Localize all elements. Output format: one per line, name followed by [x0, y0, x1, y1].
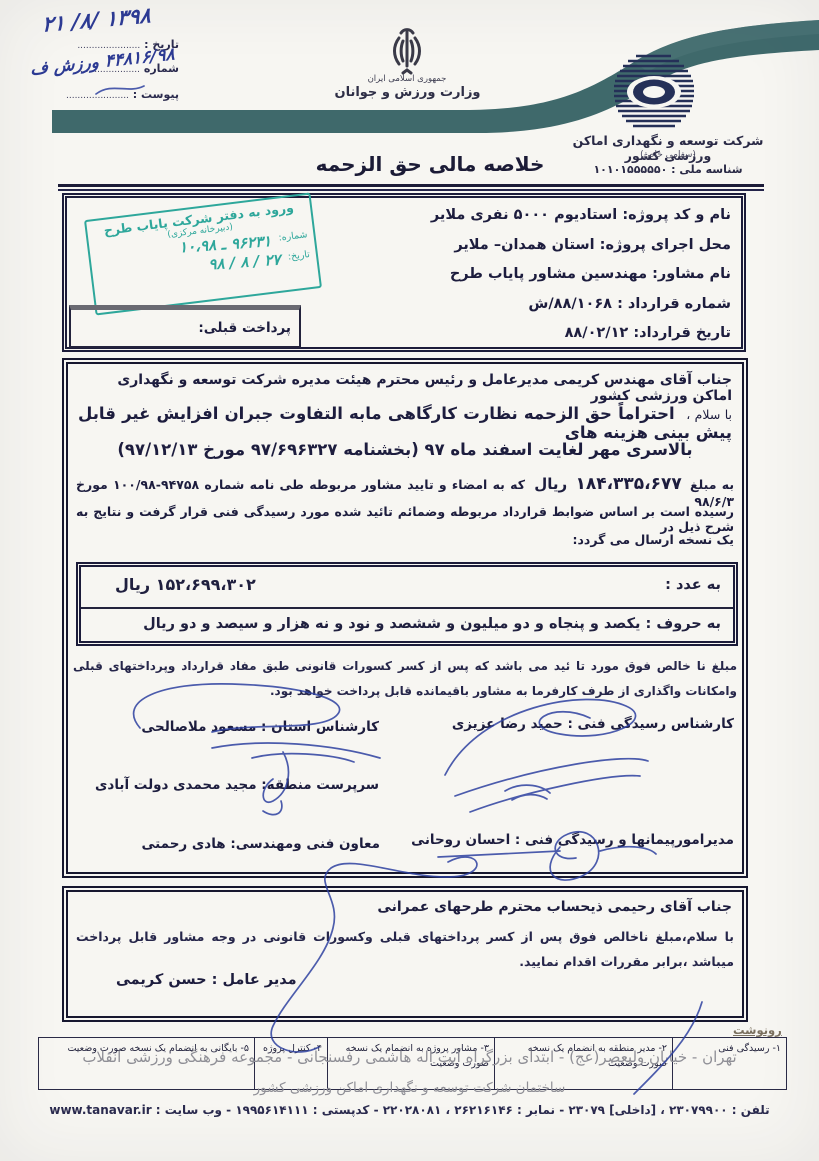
- letter-body-line-2: رسیده است بر اساس ضوابط قرارداد مربوطه و…: [76, 504, 734, 534]
- amount-words-row: به حروف : یکصد و پنجاه و دو میلیون و ششص…: [81, 609, 733, 645]
- signature-contracts-manager: مدیرامورپیمانها و رسیدگی فنی : احسان روح…: [411, 832, 734, 848]
- document-title: خلاصه مالی حق الزحمه: [280, 152, 580, 176]
- scanned-document-page: جمهوری اسلامی ایران وزارت ورزش و جوانان …: [0, 0, 819, 1161]
- amount-in-words: به حروف : یکصد و پنجاه و دو میلیون و ششص…: [143, 616, 721, 632]
- stamp-date-label: تاریخ:: [287, 249, 310, 263]
- consultant-name-row: نام مشاور: مهندسین مشاور پایاب طرح: [431, 260, 731, 290]
- salutation: با سلام ،: [686, 407, 732, 422]
- address-line-2: ساختمان شرکت توسعه و نگهداری اماکن ورزشی…: [0, 1080, 819, 1096]
- title-divider: [58, 184, 764, 191]
- stamp-number-label: شماره:: [278, 229, 308, 243]
- project-name-row: نام و کد پروژه: استادیوم ۵۰۰۰ نفری ملایر: [431, 201, 731, 231]
- emblem-country-caption: جمهوری اسلامی ایران: [347, 74, 467, 84]
- ceo-signature-line: مدیر عامل : حسن کریمی: [116, 972, 297, 988]
- previous-payment-label: پرداخت قبلی:: [198, 320, 291, 336]
- amount-numeric-row: به عدد : ۱۵۲،۶۹۹،۳۰۲ ریال: [81, 567, 733, 609]
- approved-amount-box: به عدد : ۱۵۲،۶۹۹،۳۰۲ ریال به حروف : یکصد…: [76, 562, 738, 646]
- project-location-row: محل اجرای پروژه: استان همدان– ملایر: [431, 231, 731, 261]
- previous-payment-box: پرداخت قبلی:: [69, 305, 301, 348]
- company-national-id: شناسه ملی : ۱۰۱۰۱۵۵۵۵۵۰: [548, 163, 788, 176]
- signature-technical-deputy: معاون فنی ومهندسی: هادی رحمتی: [141, 836, 380, 852]
- gross-amount-figures: ۱۸۴،۳۳۵،۶۷۷: [575, 474, 681, 494]
- receipt-stamp: ورود به دفتر شرکت پایاب طرح (دبیرخانه مر…: [84, 192, 322, 315]
- ministry-name: وزارت ورزش و جوانان: [330, 85, 485, 100]
- contact-line: تلفن : ۲۳۰۷۹۹۰۰ ، [داخلی] ۲۳۰۷۹ - نمابر …: [0, 1103, 819, 1117]
- company-type: (سهامی خاص): [548, 150, 788, 160]
- attachment-field-row: پیوست : ......................: [66, 88, 179, 101]
- net-amount-note: مبلغ نا خالص فوق مورد تا ئید می باشد که …: [73, 654, 737, 704]
- signature-technical-expert: کارشناس رسیدگی فنی : حمید رضا عزیزی: [452, 716, 734, 732]
- currency-unit: ریال: [534, 475, 567, 493]
- letter-body-line-3: یک نسخه ارسال می گردد:: [573, 532, 734, 547]
- company-logo-icon: [608, 50, 700, 138]
- stamp-date-value: ۲۷ / ۸ / ۹۸: [207, 251, 280, 274]
- accountant-letter-box: جناب آقای رحیمی ذیحساب محترم طرحهای عمرا…: [62, 886, 748, 1022]
- letter-subject-line-1: با سلام ، احتراماً حق الزحمه نظارت کارگا…: [78, 404, 732, 442]
- amount-prefix: به مبلغ: [690, 477, 734, 492]
- signature-region-supervisor: سرپرست منطقه: مجید محمدی دولت آبادی: [95, 777, 379, 793]
- accountant-body: با سلام،مبلغ ناخالص فوق پس از کسر پرداخت…: [76, 924, 734, 974]
- attachment-label: پیوست :: [133, 88, 179, 101]
- attachment-dots: ......................: [66, 91, 129, 101]
- accountant-recipient-line: جناب آقای رحیمی ذیحساب محترم طرحهای عمرا…: [377, 899, 732, 915]
- address-line-1: تهران - خیابان ولیعصر(عج) - ابتدای بزرگر…: [0, 1048, 819, 1066]
- numeric-amount-value: ۱۵۲،۶۹۹،۳۰۲ ریال: [115, 575, 256, 594]
- signature-province-expert: کارشناس استان : مسعود ملاصالحی: [141, 719, 379, 735]
- contract-number-row: شماره قرارداد : ۸۸/۱۰۶۸/ش: [431, 290, 731, 320]
- words-label: به حروف :: [646, 616, 721, 632]
- project-info-box: نام و کد پروژه: استادیوم ۵۰۰۰ نفری ملایر…: [62, 193, 746, 352]
- project-info-rows: نام و کد پروژه: استادیوم ۵۰۰۰ نفری ملایر…: [431, 201, 731, 349]
- main-letter-box: جناب آقای مهندس کریمی مدیرعامل و رئیس مح…: [62, 358, 748, 878]
- letter-subject-line-2: بالاسری مهر لغایت اسفند ماه ۹۷ (بخشنامه …: [78, 440, 732, 459]
- letter-recipient-line: جناب آقای مهندس کریمی مدیرعامل و رئیس مح…: [78, 372, 732, 404]
- subject-text: احتراماً حق الزحمه نظارت کارگاهی مابه ال…: [78, 404, 732, 442]
- contract-date-row: تاریخ قرارداد: ۸۸/۰۲/۱۲: [431, 319, 731, 349]
- cc-label: رونوشت: [733, 1023, 782, 1037]
- iran-emblem-icon: [385, 26, 429, 76]
- numeric-amount-label: به عدد :: [665, 577, 721, 593]
- words-value: یکصد و پنجاه و دو میلیون و ششصد و نود و …: [143, 616, 640, 632]
